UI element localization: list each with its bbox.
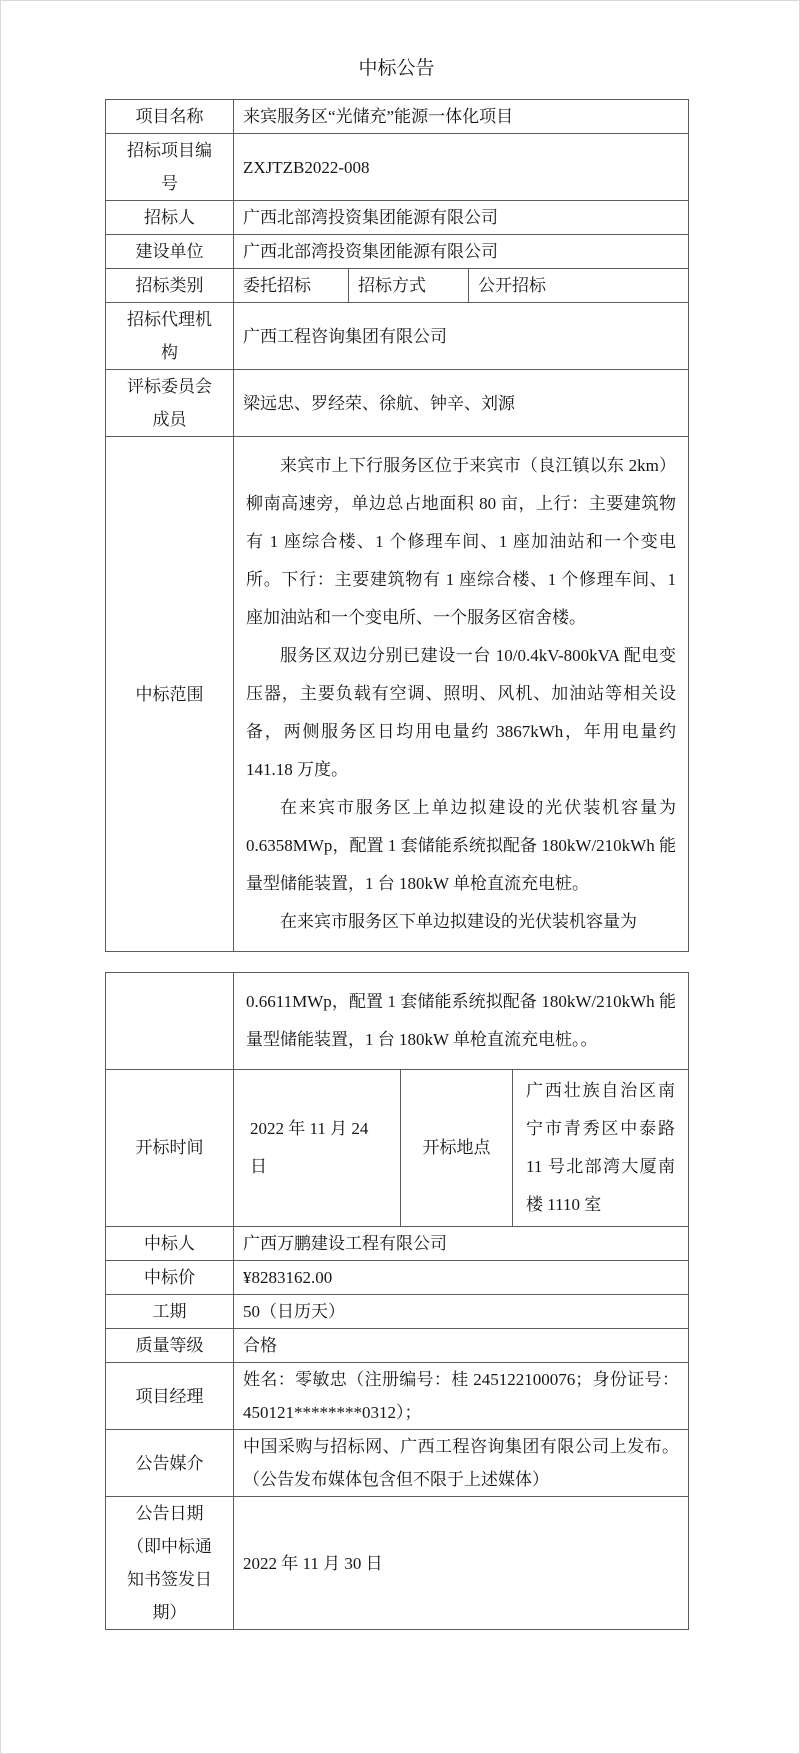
label-cell: 评标委员会成员 <box>106 370 234 437</box>
value-cell: 2022 年 11 月 30 日 <box>234 1497 689 1630</box>
label-cell: 项目经理 <box>106 1363 234 1430</box>
label-cell: 招标项目编号 <box>106 134 234 201</box>
value-cell: 委托招标 <box>234 269 349 303</box>
label-cell: 招标类别 <box>106 269 234 303</box>
label-cell: 公告媒介 <box>106 1430 234 1497</box>
label-cell: 招标代理机构 <box>106 303 234 370</box>
announcement-table-bottom: 0.6611MWp，配置 1 套储能系统拟配备 180kW/210kWh 能量型… <box>105 972 689 1630</box>
label-cell: 建设单位 <box>106 235 234 269</box>
page-title: 中标公告 <box>105 56 688 82</box>
value-cell: 广西万鹏建设工程有限公司 <box>234 1227 689 1261</box>
announcement-table-top: 项目名称 来宾服务区“光储充”能源一体化项目 招标项目编号 ZXJTZB2022… <box>105 99 689 952</box>
value-cell: 广西北部湾投资集团能源有限公司 <box>234 201 689 235</box>
row-construction-unit: 建设单位 广西北部湾投资集团能源有限公司 <box>106 235 689 269</box>
value-cell: ZXJTZB2022-008 <box>234 134 689 201</box>
scope-paragraph: 来宾市上下行服务区位于来宾市（良江镇以东 2km）柳南高速旁，单边总占地面积 8… <box>246 447 676 637</box>
row-announcement-media: 公告媒介 中国采购与招标网、广西工程咨询集团有限公司上发布。（公告发布媒体包含但… <box>106 1430 689 1497</box>
row-award-scope: 中标范围 来宾市上下行服务区位于来宾市（良江镇以东 2km）柳南高速旁，单边总占… <box>106 437 689 952</box>
label-cell: 招标人 <box>106 201 234 235</box>
scope-paragraph: 在来宾市服务区下单边拟建设的光伏装机容量为 <box>246 903 676 941</box>
scope-paragraph: 在来宾市服务区上单边拟建设的光伏装机容量为 0.6358MWp，配置 1 套储能… <box>246 789 676 903</box>
label-cell: 中标范围 <box>106 437 234 952</box>
label-cell: 项目名称 <box>106 100 234 134</box>
row-winning-bidder: 中标人 广西万鹏建设工程有限公司 <box>106 1227 689 1261</box>
row-winning-price: 中标价 ¥8283162.00 <box>106 1261 689 1295</box>
empty-label-cell <box>106 973 234 1070</box>
row-tenderee: 招标人 广西北部湾投资集团能源有限公司 <box>106 201 689 235</box>
value-cell: 广西工程咨询集团有限公司 <box>234 303 689 370</box>
label-cell: 工期 <box>106 1295 234 1329</box>
row-announcement-date: 公告日期（即中标通知书签发日期） 2022 年 11 月 30 日 <box>106 1497 689 1630</box>
label-cell: 质量等级 <box>106 1329 234 1363</box>
row-project-name: 项目名称 来宾服务区“光储充”能源一体化项目 <box>106 100 689 134</box>
value-cell: 公开招标 <box>469 269 689 303</box>
row-quality-grade: 质量等级 合格 <box>106 1329 689 1363</box>
row-bid-opening: 开标时间 2022 年 11 月 24 日 开标地点 广西壮族自治区南宁市青秀区… <box>106 1070 689 1227</box>
row-agency: 招标代理机构 广西工程咨询集团有限公司 <box>106 303 689 370</box>
document-page: 中标公告 项目名称 来宾服务区“光储充”能源一体化项目 招标项目编号 ZXJTZ… <box>0 0 800 1754</box>
value-cell: ¥8283162.00 <box>234 1261 689 1295</box>
value-cell: 50（日历天） <box>234 1295 689 1329</box>
scope-text-cell: 来宾市上下行服务区位于来宾市（良江镇以东 2km）柳南高速旁，单边总占地面积 8… <box>234 437 689 952</box>
value-cell: 姓名：零敏忠（注册编号：桂 245122100076；身份证号：450121**… <box>234 1363 689 1430</box>
value-cell: 广西壮族自治区南宁市青秀区中泰路 11 号北部湾大厦南楼 1110 室 <box>513 1070 689 1227</box>
label-cell: 中标价 <box>106 1261 234 1295</box>
value-cell: 2022 年 11 月 24 日 <box>234 1070 401 1227</box>
row-duration: 工期 50（日历天） <box>106 1295 689 1329</box>
value-cell: 来宾服务区“光储充”能源一体化项目 <box>234 100 689 134</box>
label-cell: 公告日期（即中标通知书签发日期） <box>106 1497 234 1630</box>
value-cell: 中国采购与招标网、广西工程咨询集团有限公司上发布。（公告发布媒体包含但不限于上述… <box>234 1430 689 1497</box>
row-tender-category: 招标类别 委托招标 招标方式 公开招标 <box>106 269 689 303</box>
value-cell: 广西北部湾投资集团能源有限公司 <box>234 235 689 269</box>
label-cell: 中标人 <box>106 1227 234 1261</box>
announcement-document: 中标公告 项目名称 来宾服务区“光储充”能源一体化项目 招标项目编号 ZXJTZ… <box>0 0 800 1630</box>
label-cell: 开标地点 <box>401 1070 513 1227</box>
label-cell: 招标方式 <box>349 269 469 303</box>
row-scope-continuation: 0.6611MWp，配置 1 套储能系统拟配备 180kW/210kWh 能量型… <box>106 973 689 1070</box>
row-evaluation-committee: 评标委员会成员 梁远忠、罗经荣、徐航、钟辛、刘源 <box>106 370 689 437</box>
value-cell: 合格 <box>234 1329 689 1363</box>
scope-paragraph: 服务区双边分别已建设一台 10/0.4kV-800kVA 配电变压器，主要负载有… <box>246 637 676 789</box>
row-tender-number: 招标项目编号 ZXJTZB2022-008 <box>106 134 689 201</box>
row-project-manager: 项目经理 姓名：零敏忠（注册编号：桂 245122100076；身份证号：450… <box>106 1363 689 1430</box>
continuation-text-cell: 0.6611MWp，配置 1 套储能系统拟配备 180kW/210kWh 能量型… <box>234 973 689 1070</box>
value-cell: 梁远忠、罗经荣、徐航、钟辛、刘源 <box>234 370 689 437</box>
label-cell: 开标时间 <box>106 1070 234 1227</box>
